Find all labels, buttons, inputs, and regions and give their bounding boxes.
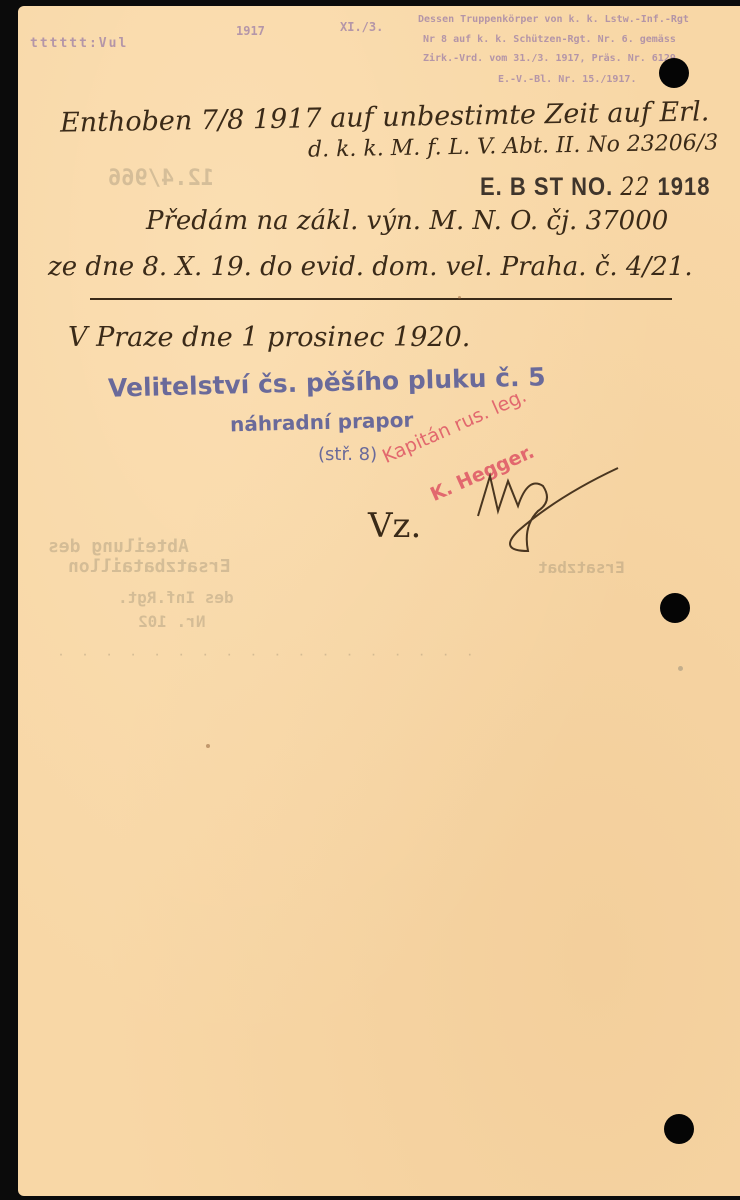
initials: Vz. (368, 506, 421, 546)
paper-speck (678, 666, 683, 671)
ghost-text: des Inf.Rgt. (118, 588, 234, 607)
paper-speck (458, 296, 461, 299)
ghost-dotted-line: · · · · · · · · · · · · · · · · · · (58, 650, 479, 661)
purple-stamp-line3: Zirk.-Vrd. vom 31./3. 1917, Präs. Nr. 61… (423, 53, 676, 64)
ghost-text: 12.4/966 (108, 166, 214, 191)
regiment-stamp-line2: náhradní prapor (230, 408, 414, 437)
paper-speck (206, 744, 210, 748)
section-stamp: XI./3. (340, 20, 383, 34)
registration-stamp: E. B ST NO. 22 1918 (480, 172, 710, 202)
regiment-stamp-line1: Velitelství čs. pěšího pluku č. 5 (108, 362, 546, 402)
registration-prefix: E. B ST NO. (480, 172, 613, 201)
registration-year: 1918 (658, 172, 711, 201)
ghost-text: Nr. 102 (138, 612, 205, 631)
signature (468, 456, 638, 556)
handwritten-line-4: ze dne 8. X. 19. do evid. dom. vel. Prah… (48, 252, 693, 282)
purple-stamp-line1: Dessen Truppenkörper von k. k. Lstw.-Inf… (418, 14, 689, 25)
purple-stamp-line4: E.-V.-Bl. Nr. 15./1917. (498, 74, 636, 85)
ghost-text: Abteilung des (48, 536, 189, 557)
handwritten-line-2: d. k. k. M. f. L. V. Abt. II. No 23206/3 (308, 130, 719, 162)
regiment-stamp-line3: (stř. 8) (318, 444, 377, 465)
handwritten-line-3: Předám na zákl. výn. M. N. O. čj. 37000 (146, 206, 668, 236)
document-card: tttttt:Vul 1917 XI./3. Dessen Truppenkör… (18, 6, 740, 1196)
purple-stamp-line2: Nr 8 auf k. k. Schützen-Rgt. Nr. 6. gemä… (423, 34, 676, 45)
divider-line (90, 298, 672, 300)
punch-hole (664, 1114, 694, 1144)
year-stamp: 1917 (236, 24, 265, 38)
handwritten-place-date: V Praze dne 1 prosinec 1920. (68, 322, 470, 353)
ghost-text: Ersatzbataillon (68, 556, 231, 577)
punch-hole (660, 593, 690, 623)
ghost-text: Ersatzbat (538, 558, 625, 577)
code-stamp: tttttt:Vul (30, 36, 128, 51)
registration-number: 22 (620, 173, 650, 202)
punch-hole (659, 58, 689, 88)
